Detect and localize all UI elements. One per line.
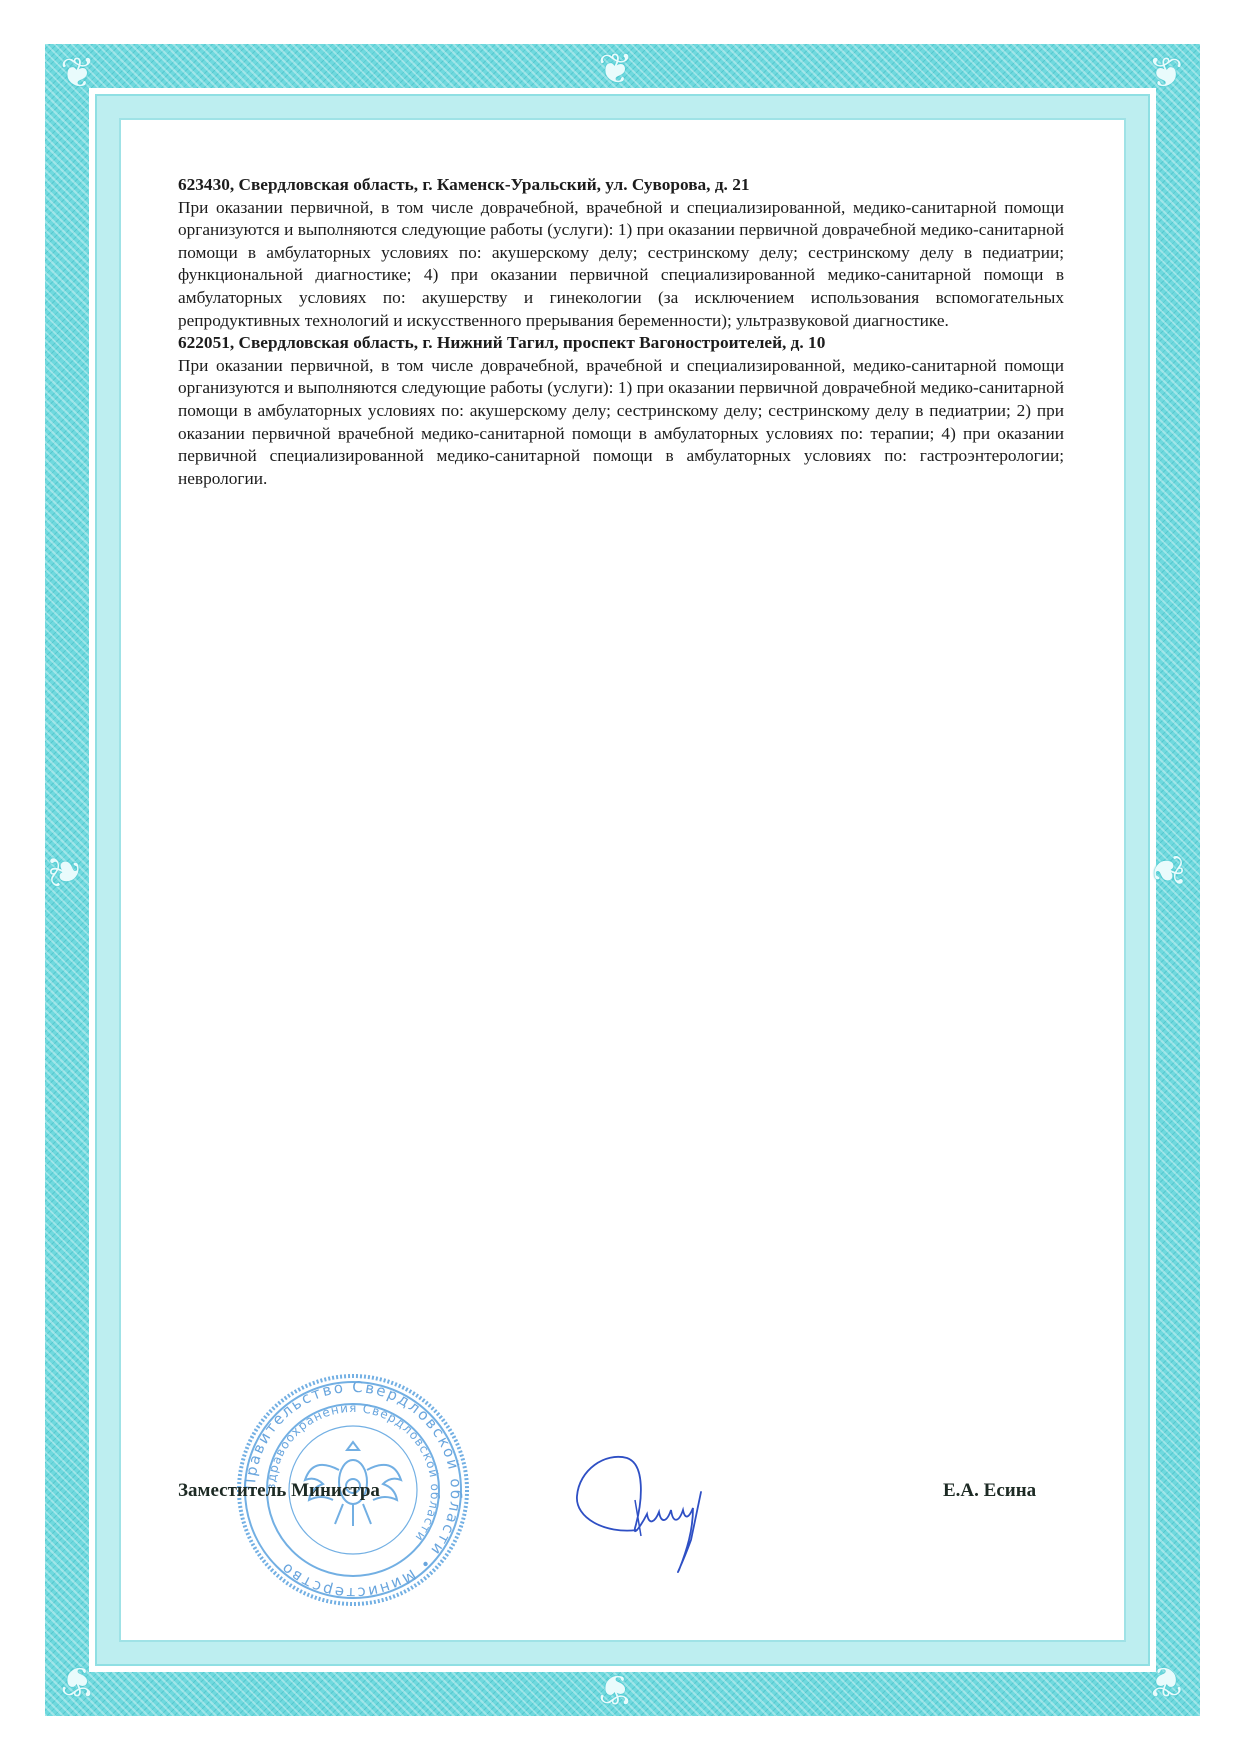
signatory-title: Заместитель Министра	[178, 1480, 380, 1502]
corner-ornament-icon: ❦	[60, 52, 95, 94]
corner-ornament-icon: ❦	[60, 1660, 95, 1702]
document-body: 623430, Свердловская область, г. Каменск…	[178, 174, 1064, 490]
corner-ornament-icon: ❦	[1148, 1660, 1183, 1702]
section-text: При оказании первичной, в том числе довр…	[178, 197, 1064, 333]
signatory-name: Е.А. Есина	[943, 1480, 1036, 1502]
signature	[565, 1430, 725, 1580]
left-ornament-icon: ❦	[45, 853, 87, 888]
section-address: 623430, Свердловская область, г. Каменск…	[178, 174, 1064, 197]
bottom-ornament-icon: ❦	[598, 1668, 633, 1710]
section-address: 622051, Свердловская область, г. Нижний …	[178, 332, 1064, 355]
right-ornament-icon: ❦	[1147, 853, 1189, 888]
top-ornament-icon: ❦	[598, 48, 633, 90]
section-text: При оказании первичной, в том числе довр…	[178, 355, 1064, 491]
corner-ornament-icon: ❦	[1148, 52, 1183, 94]
